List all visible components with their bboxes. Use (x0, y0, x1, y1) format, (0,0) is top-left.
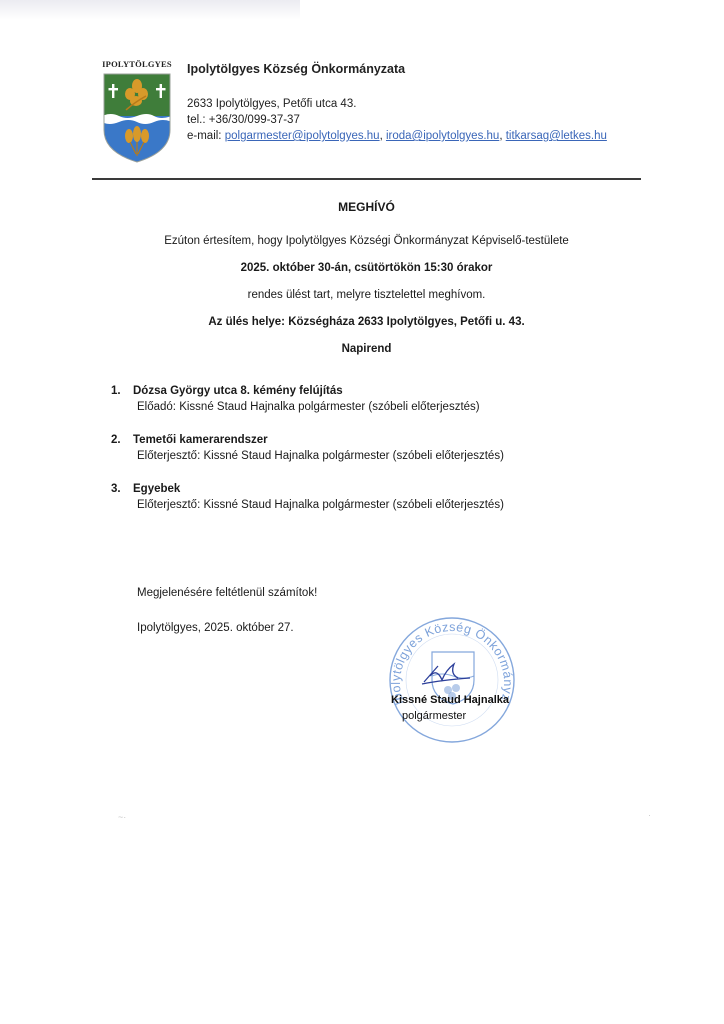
scan-artifact (0, 0, 300, 20)
agenda-number: 1. (111, 385, 121, 397)
email-link-titkarsag[interactable]: titkarsag@letkes.hu (506, 130, 607, 142)
agenda-number: 3. (111, 483, 121, 495)
intro-line: Ezúton értesítem, hogy Ipolytölgyes Közs… (92, 235, 641, 247)
coat-of-arms-icon (102, 72, 172, 164)
contact-block: 2633 Ipolytölgyes, Petőfi utca 43. tel.:… (187, 96, 607, 144)
scan-artifact: · (648, 810, 651, 820)
email-label: e-mail: (187, 130, 222, 142)
email-link-polgarmester[interactable]: polgarmester@ipolytolgyes.hu (225, 130, 380, 142)
document-title: MEGHÍVÓ (92, 200, 641, 214)
agenda-title: Dózsa György utca 8. kémény felújítás (133, 385, 343, 397)
agenda-presenter: Előterjesztő: Kissné Staud Hajnalka polg… (137, 450, 504, 462)
signer-title: polgármester (402, 710, 466, 722)
document-page: IPOLYTÖLGYES (0, 0, 724, 1024)
agenda-number: 2. (111, 434, 121, 446)
agenda-heading: Napirend (92, 343, 641, 355)
organization-name: Ipolytölgyes Község Önkormányzata (187, 62, 405, 76)
agenda-title: Egyebek (133, 483, 180, 495)
crest-label: IPOLYTÖLGYES (99, 59, 175, 69)
official-stamp-icon: Ipolytölgyes Község Önkormányzata (382, 608, 522, 748)
address: 2633 Ipolytölgyes, Petőfi utca 43. (187, 96, 607, 112)
signer-name: Kissné Staud Hajnalka (391, 694, 509, 706)
agenda-title: Temetői kamerarendszer (133, 434, 268, 446)
scan-artifact: ~· (118, 812, 126, 822)
email-link-iroda[interactable]: iroda@ipolytolgyes.hu (386, 130, 499, 142)
place-and-date: Ipolytölgyes, 2025. október 27. (137, 622, 294, 634)
meeting-datetime: 2025. október 30-án, csütörtökön 15:30 ó… (92, 262, 641, 274)
agenda-presenter: Előadó: Kissné Staud Hajnalka polgármest… (137, 401, 480, 413)
email-row: e-mail: polgarmester@ipolytolgyes.hu, ir… (187, 128, 607, 144)
agenda-presenter: Előterjesztő: Kissné Staud Hajnalka polg… (137, 499, 504, 511)
closing-line: Megjelenésére feltétlenül számítok! (137, 587, 317, 599)
intro-line: rendes ülést tart, melyre tisztelettel m… (92, 289, 641, 301)
header-divider (92, 178, 641, 180)
coat-of-arms: IPOLYTÖLGYES (99, 59, 175, 164)
phone: tel.: +36/30/099-37-37 (187, 112, 607, 128)
meeting-location: Az ülés helye: Községháza 2633 Ipolytölg… (92, 316, 641, 328)
